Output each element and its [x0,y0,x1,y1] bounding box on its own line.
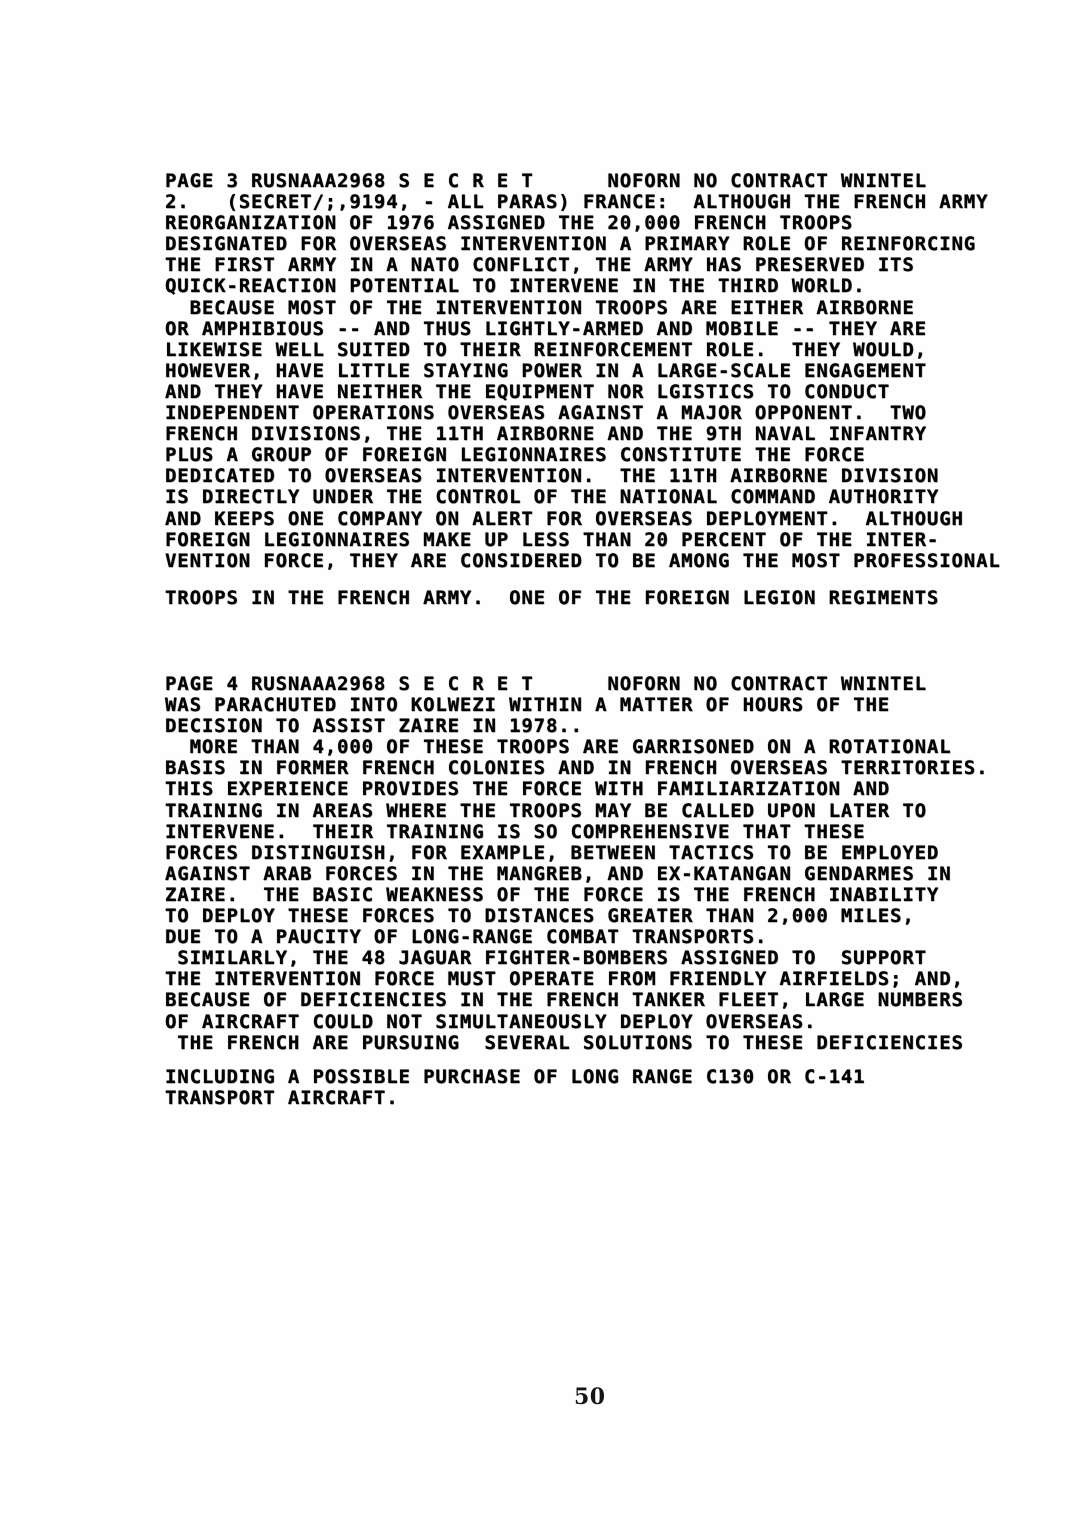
text-line: IS DIRECTLY UNDER THE CONTROL OF THE NAT… [165,487,1001,508]
text-line: BASIS IN FORMER FRENCH COLONIES AND IN F… [165,758,988,779]
text-line: INCLUDING A POSSIBLE PURCHASE OF LONG RA… [165,1067,865,1088]
text-line: DUE TO A PAUCITY OF LONG-RANGE COMBAT TR… [165,927,988,948]
text-line: THIS EXPERIENCE PROVIDES THE FORCE WITH … [165,779,988,800]
text-line: TRAINING IN AREAS WHERE THE TROOPS MAY B… [165,801,988,822]
page-4-text-block: PAGE 4 RUSNAAA2968 S E C R E T NOFORN NO… [165,674,988,1054]
text-line: FORCES DISTINGUISH, FOR EXAMPLE, BETWEEN… [165,843,988,864]
text-line: TO DEPLOY THESE FORCES TO DISTANCES GREA… [165,906,988,927]
text-line: PAGE 3 RUSNAAA2968 S E C R E T NOFORN NO… [165,171,1001,192]
text-line: VENTION FORCE, THEY ARE CONSIDERED TO BE… [165,551,1001,572]
text-line: 2. (SECRET/;,9194, - ALL PARAS) FRANCE: … [165,192,1001,213]
text-line: DECISION TO ASSIST ZAIRE IN 1978.. [165,716,988,737]
text-line: PLUS A GROUP OF FOREIGN LEGIONNAIRES CON… [165,445,1001,466]
text-line: PAGE 4 RUSNAAA2968 S E C R E T NOFORN NO… [165,674,988,695]
page-4-continuation-block: INCLUDING A POSSIBLE PURCHASE OF LONG RA… [165,1067,865,1109]
text-line: THE FIRST ARMY IN A NATO CONFLICT, THE A… [165,255,1001,276]
text-line: THE FRENCH ARE PURSUING SEVERAL SOLUTION… [165,1033,988,1054]
text-line: SIMILARLY, THE 48 JAGUAR FIGHTER-BOMBERS… [165,948,988,969]
text-line: LIKEWISE WELL SUITED TO THEIR REINFORCEM… [165,340,1001,361]
text-line: HOWEVER, HAVE LITTLE STAYING POWER IN A … [165,361,1001,382]
text-line: TROOPS IN THE FRENCH ARMY. ONE OF THE FO… [165,588,939,609]
text-line: WAS PARACHUTED INTO KOLWEZI WITHIN A MAT… [165,695,988,716]
text-line: DEDICATED TO OVERSEAS INTERVENTION. THE … [165,466,1001,487]
text-line: INDEPENDENT OPERATIONS OVERSEAS AGAINST … [165,403,1001,424]
page-3-text-block: PAGE 3 RUSNAAA2968 S E C R E T NOFORN NO… [165,171,1001,572]
text-line: BECAUSE MOST OF THE INTERVENTION TROOPS … [165,298,1001,319]
text-line: DESIGNATED FOR OVERSEAS INTERVENTION A P… [165,234,1001,255]
text-line: AND THEY HAVE NEITHER THE EQUIPMENT NOR … [165,382,1001,403]
text-line: OR AMPHIBIOUS -- AND THUS LIGHTLY-ARMED … [165,319,1001,340]
scanned-document-page: PAGE 3 RUSNAAA2968 S E C R E T NOFORN NO… [0,0,1067,1513]
text-line: TRANSPORT AIRCRAFT. [165,1088,865,1109]
text-line: INTERVENE. THEIR TRAINING IS SO COMPREHE… [165,822,988,843]
text-line: AGAINST ARAB FORCES IN THE MANGREB, AND … [165,864,988,885]
text-line: OF AIRCRAFT COULD NOT SIMULTANEOUSLY DEP… [165,1012,988,1033]
text-line: THE INTERVENTION FORCE MUST OPERATE FROM… [165,969,988,990]
text-line: BECAUSE OF DEFICIENCIES IN THE FRENCH TA… [165,990,988,1011]
text-line: ZAIRE. THE BASIC WEAKNESS OF THE FORCE I… [165,885,988,906]
page-number: 50 [574,1384,606,1410]
text-line: QUICK-REACTION POTENTIAL TO INTERVENE IN… [165,276,1001,297]
text-line: FOREIGN LEGIONNAIRES MAKE UP LESS THAN 2… [165,530,1001,551]
text-line: AND KEEPS ONE COMPANY ON ALERT FOR OVERS… [165,509,1001,530]
text-line: REORGANIZATION OF 1976 ASSIGNED THE 20,0… [165,213,1001,234]
text-line: MORE THAN 4,000 OF THESE TROOPS ARE GARR… [165,737,988,758]
page-3-continuation-line: TROOPS IN THE FRENCH ARMY. ONE OF THE FO… [165,588,939,609]
text-line: FRENCH DIVISIONS, THE 11TH AIRBORNE AND … [165,424,1001,445]
